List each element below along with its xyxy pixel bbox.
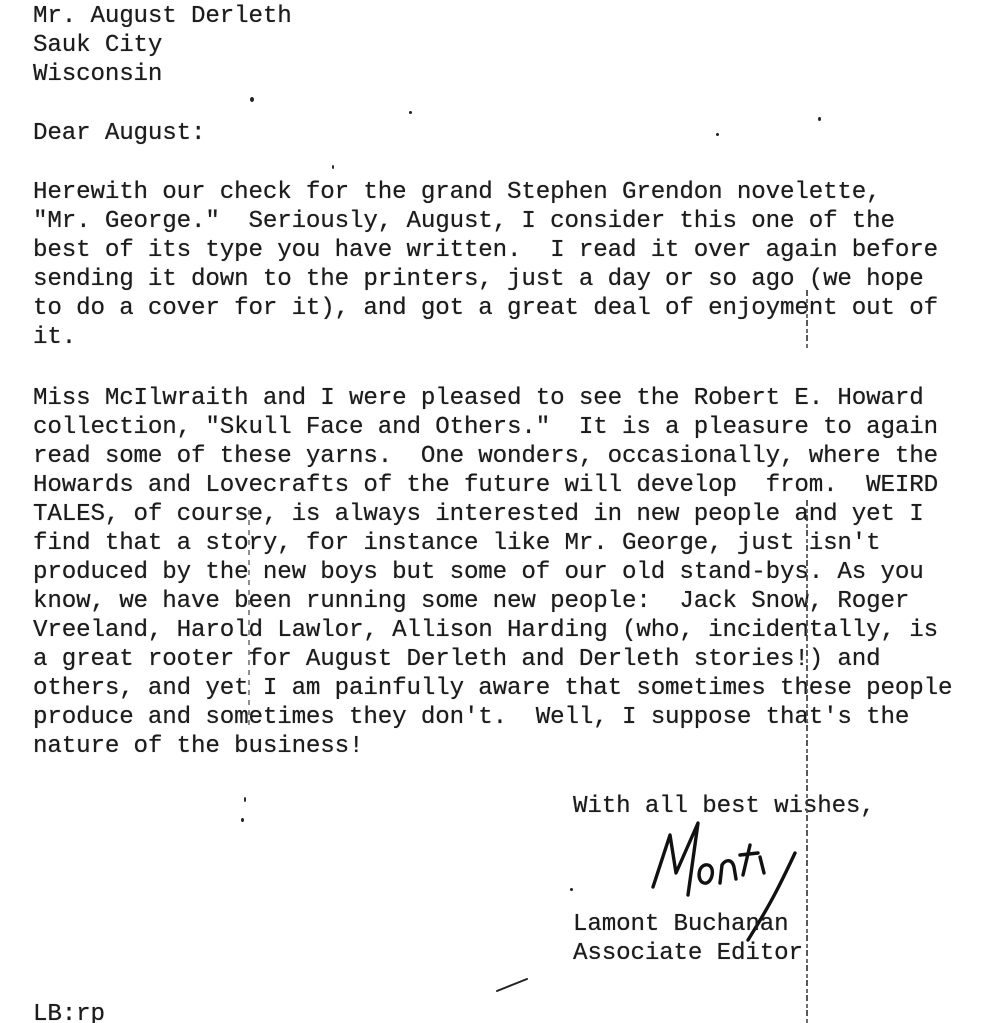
paragraph-2-line: Vreeland, Harold Lawlor, Allison Harding… xyxy=(33,616,938,645)
signer-title: Associate Editor xyxy=(573,939,803,968)
paragraph-2-line: TALES, of course, is always interested i… xyxy=(33,500,924,529)
paragraph-2-line: nature of the business! xyxy=(33,732,363,761)
paragraph-1-line: it. xyxy=(33,323,76,352)
fold-crease-mark xyxy=(248,510,250,725)
paragraph-2-line: Miss McIlwraith and I were pleased to se… xyxy=(33,384,924,413)
paragraph-2-line: read some of these yarns. One wonders, o… xyxy=(33,442,938,471)
ink-speck xyxy=(716,133,719,136)
paragraph-2-line: others, and yet I am painfully aware tha… xyxy=(33,674,952,703)
fold-crease-mark xyxy=(806,290,808,350)
letter-page: Mr. August Derleth Sauk City Wisconsin D… xyxy=(0,0,1008,1023)
ink-speck xyxy=(332,165,334,169)
reference-initials: LB:rp xyxy=(33,1000,105,1023)
paragraph-1-line: sending it down to the printers, just a … xyxy=(33,265,924,294)
ink-speck xyxy=(409,111,412,114)
ink-speck xyxy=(250,97,254,102)
paragraph-2-line: collection, "Skull Face and Others." It … xyxy=(33,413,938,442)
ink-speck xyxy=(241,818,244,822)
fold-crease-mark xyxy=(806,500,808,1023)
signer-name: Lamont Buchanan xyxy=(573,910,788,939)
paragraph-2-line: Howards and Lovecrafts of the future wil… xyxy=(33,471,938,500)
stray-pen-mark xyxy=(495,975,535,995)
paragraph-1-line: "Mr. George." Seriously, August, I consi… xyxy=(33,207,895,236)
recipient-state: Wisconsin xyxy=(33,60,162,89)
salutation: Dear August: xyxy=(33,119,205,148)
paragraph-1-line: best of its type you have written. I rea… xyxy=(33,236,938,265)
paragraph-2-line: know, we have been running some new peop… xyxy=(33,587,909,616)
recipient-city: Sauk City xyxy=(33,31,162,60)
paragraph-2-line: a great rooter for August Derleth and De… xyxy=(33,645,881,674)
paragraph-1-line: Herewith our check for the grand Stephen… xyxy=(33,178,881,207)
ink-speck xyxy=(244,797,246,802)
paragraph-1-line: to do a cover for it), and got a great d… xyxy=(33,294,938,323)
ink-speck xyxy=(818,117,821,121)
recipient-name: Mr. August Derleth xyxy=(33,2,292,31)
paragraph-2-line: produced by the new boys but some of our… xyxy=(33,558,924,587)
paragraph-2-line: produce and sometimes they don't. Well, … xyxy=(33,703,909,732)
paragraph-2-line: find that a story, for instance like Mr.… xyxy=(33,529,881,558)
ink-speck xyxy=(570,888,573,891)
